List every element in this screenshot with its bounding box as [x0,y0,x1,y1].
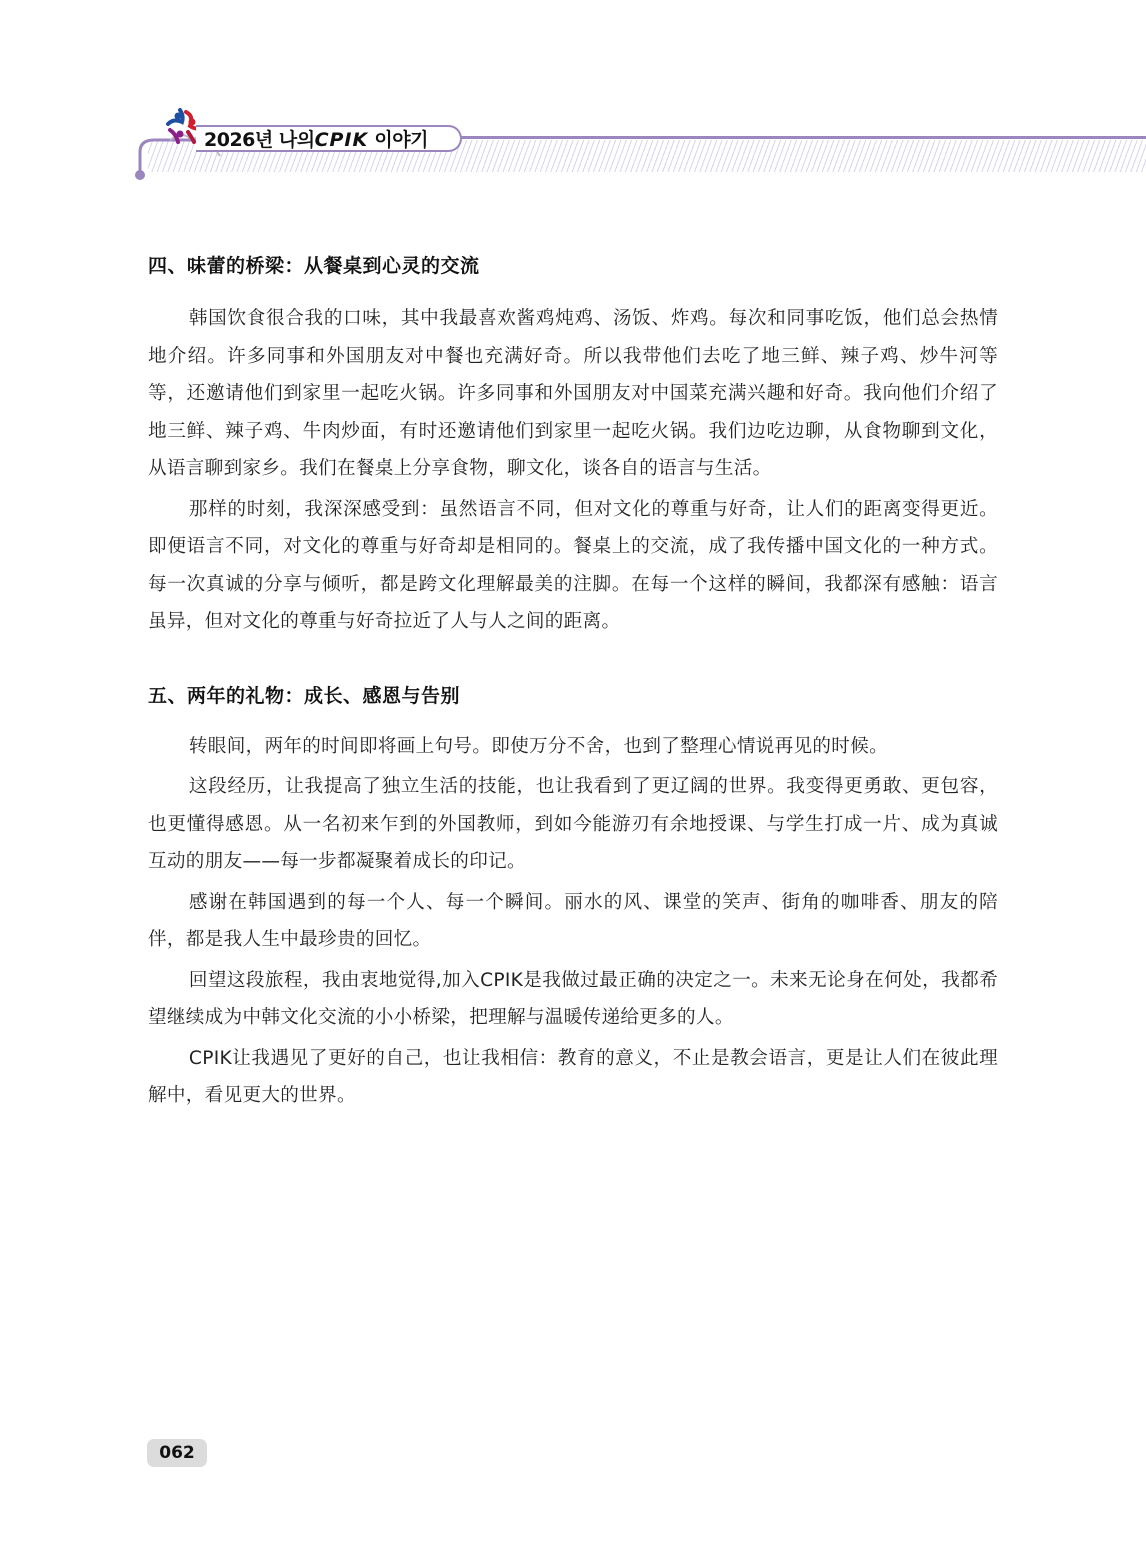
paragraph: 这段经历，让我提高了独立生活的技能，也让我看到了更辽阔的世界。我变得更勇敢、更包… [148,768,998,881]
section-five: 五、两年的礼物：成长、感恩与告别 转眼间，两年的时间即将画上句号。即使万分不舍，… [148,678,998,1115]
paragraph: 那样的时刻，我深深感受到：虽然语言不同，但对文化的尊重与好奇，让人们的距离变得更… [148,491,998,641]
section-four: 四、味蕾的桥梁：从餐桌到心灵的交流 韩国饮食很合我的口味，其中我最喜欢酱鸡炖鸡、… [148,248,998,641]
paragraph: 转眼间，两年的时间即将画上句号。即使万分不舍，也到了整理心情说再见的时候。 [148,728,998,766]
article-body: 四、味蕾的桥梁：从餐桌到心灵的交流 韩国饮食很合我的口味，其中我最喜欢酱鸡炖鸡、… [148,248,998,1118]
page-number-badge: 062 [147,1439,207,1467]
paragraph: 回望这段旅程，我由衷地觉得,加入CPIK是我做过最正确的决定之一。未来无论身在何… [148,962,998,1037]
section-heading: 五、两年的礼物：成长、感恩与告别 [148,678,998,714]
header-title-badge: 2026년 나의CPIK 이야기 [196,125,462,152]
paragraph: CPIK让我遇见了更好的自己，也让我相信：教育的意义，不止是教会语言，更是让人们… [148,1040,998,1115]
paragraph: 感谢在韩国遇到的每一个人、每一个瞬间。丽水的风、课堂的笑声、街角的咖啡香、朋友的… [148,884,998,959]
header-rule [460,136,1146,139]
header-title-suffix: 이야기 [374,129,428,151]
header-title: 2026년 나의CPIK 이야기 [204,125,428,152]
paragraph: 韩国饮食很合我的口味，其中我最喜欢酱鸡炖鸡、汤饭、炸鸡。每次和同事吃饭，他们总会… [148,300,998,488]
header-title-brand: CPIK [315,129,369,151]
section-heading: 四、味蕾的桥梁：从餐桌到心灵的交流 [148,248,998,284]
header-title-prefix: 2026년 나의 [204,129,315,151]
